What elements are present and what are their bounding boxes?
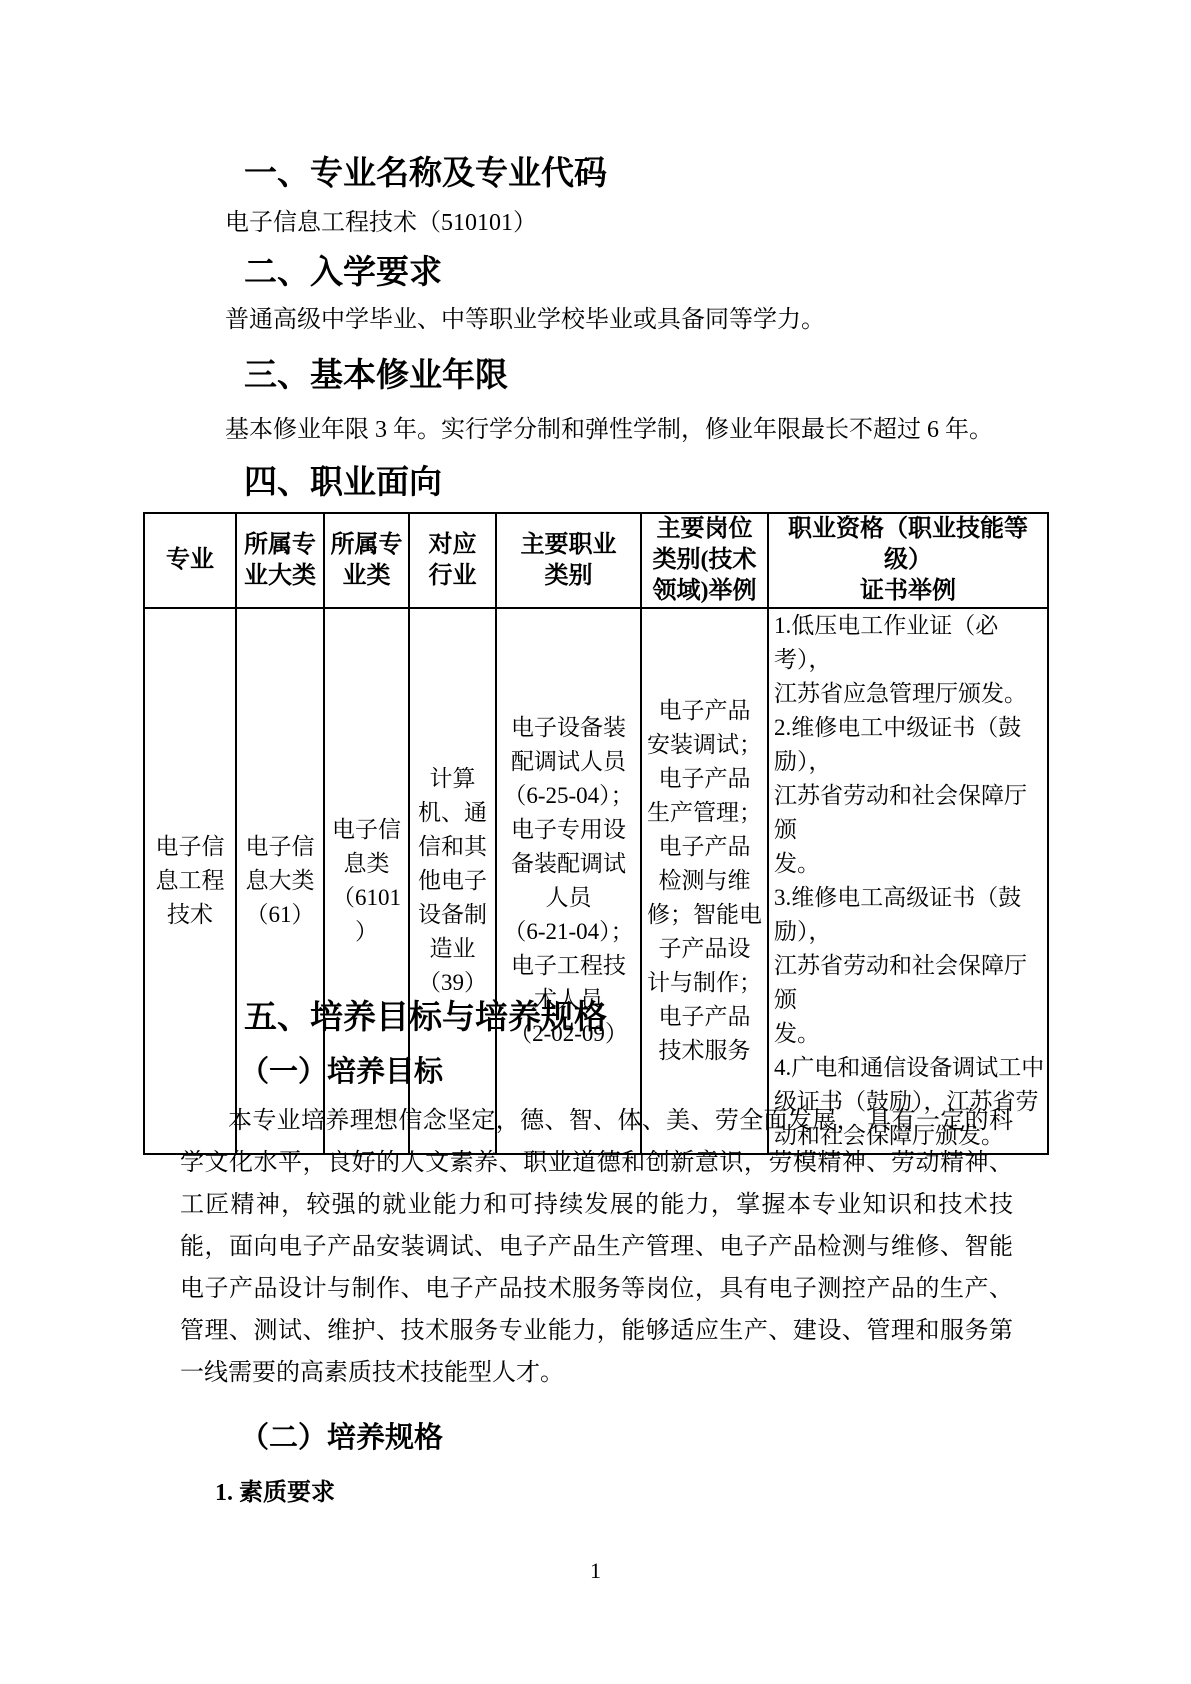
document-page: 一、专业名称及专业代码 电子信息工程技术（510101） 二、入学要求 普通高级…	[0, 0, 1191, 1684]
cell-major: 电子信 息工程 技术	[144, 608, 236, 1154]
section-heading-training-objectives: 五、培养目标与培养规格	[244, 996, 607, 1038]
header-cell-major-category: 所属专 业大类	[236, 513, 324, 608]
header-cell-post-examples: 主要岗位 类别(技术 领域)举例	[641, 513, 768, 608]
career-table-header-row: 专业 所属专 业大类 所属专 业类 对应 行业 主要职业 类别 主要岗位 类别(…	[144, 513, 1048, 608]
section-heading-study-period: 三、基本修业年限	[244, 354, 508, 396]
header-cell-industry: 对应 行业	[409, 513, 496, 608]
header-cell-major-class: 所属专 业类	[324, 513, 409, 608]
entry-requirement-text: 普通高级中学毕业、中等职业学校毕业或具备同等学力。	[180, 304, 1020, 336]
cell-occupation-class: 电子设备装 配调试人员 （6-25-04）； 电子专用设 备装配调试 人员 （6…	[496, 608, 641, 1154]
cell-post-examples: 电子产品 安装调试； 电子产品 生产管理； 电子产品 检测与维 修；智能电 子产…	[641, 608, 768, 1154]
subsection-heading-training-specification: （二）培养规格	[240, 1419, 443, 1457]
subsection-heading-training-objective: （一）培养目标	[240, 1053, 443, 1091]
cell-certificates: 1.低压电工作业证（必考）， 江苏省应急管理厅颁发。 2.维修电工中级证书（鼓励…	[768, 608, 1048, 1154]
header-cell-certificates: 职业资格（职业技能等级） 证书举例	[768, 513, 1048, 608]
major-name-code-text: 电子信息工程技术（510101）	[180, 207, 1020, 239]
section-heading-career-orientation: 四、职业面向	[244, 461, 442, 503]
header-cell-occupation-class: 主要职业 类别	[496, 513, 641, 608]
section-heading-major-name-code: 一、专业名称及专业代码	[244, 152, 607, 194]
item-heading-quality-requirements: 1. 素质要求	[215, 1478, 335, 1508]
section-heading-entry-requirement: 二、入学要求	[244, 251, 442, 293]
study-period-text: 基本修业年限 3 年。实行学分制和弹性学制，修业年限最长不超过 6 年。	[180, 414, 1020, 446]
training-objective-paragraph: 本专业培养理想信念坚定，德、智、体、美、劳全面发展， 具有一定的科学文化水平，良…	[180, 1100, 1013, 1394]
header-cell-major: 专业	[144, 513, 236, 608]
page-number: 1	[0, 1557, 1191, 1585]
